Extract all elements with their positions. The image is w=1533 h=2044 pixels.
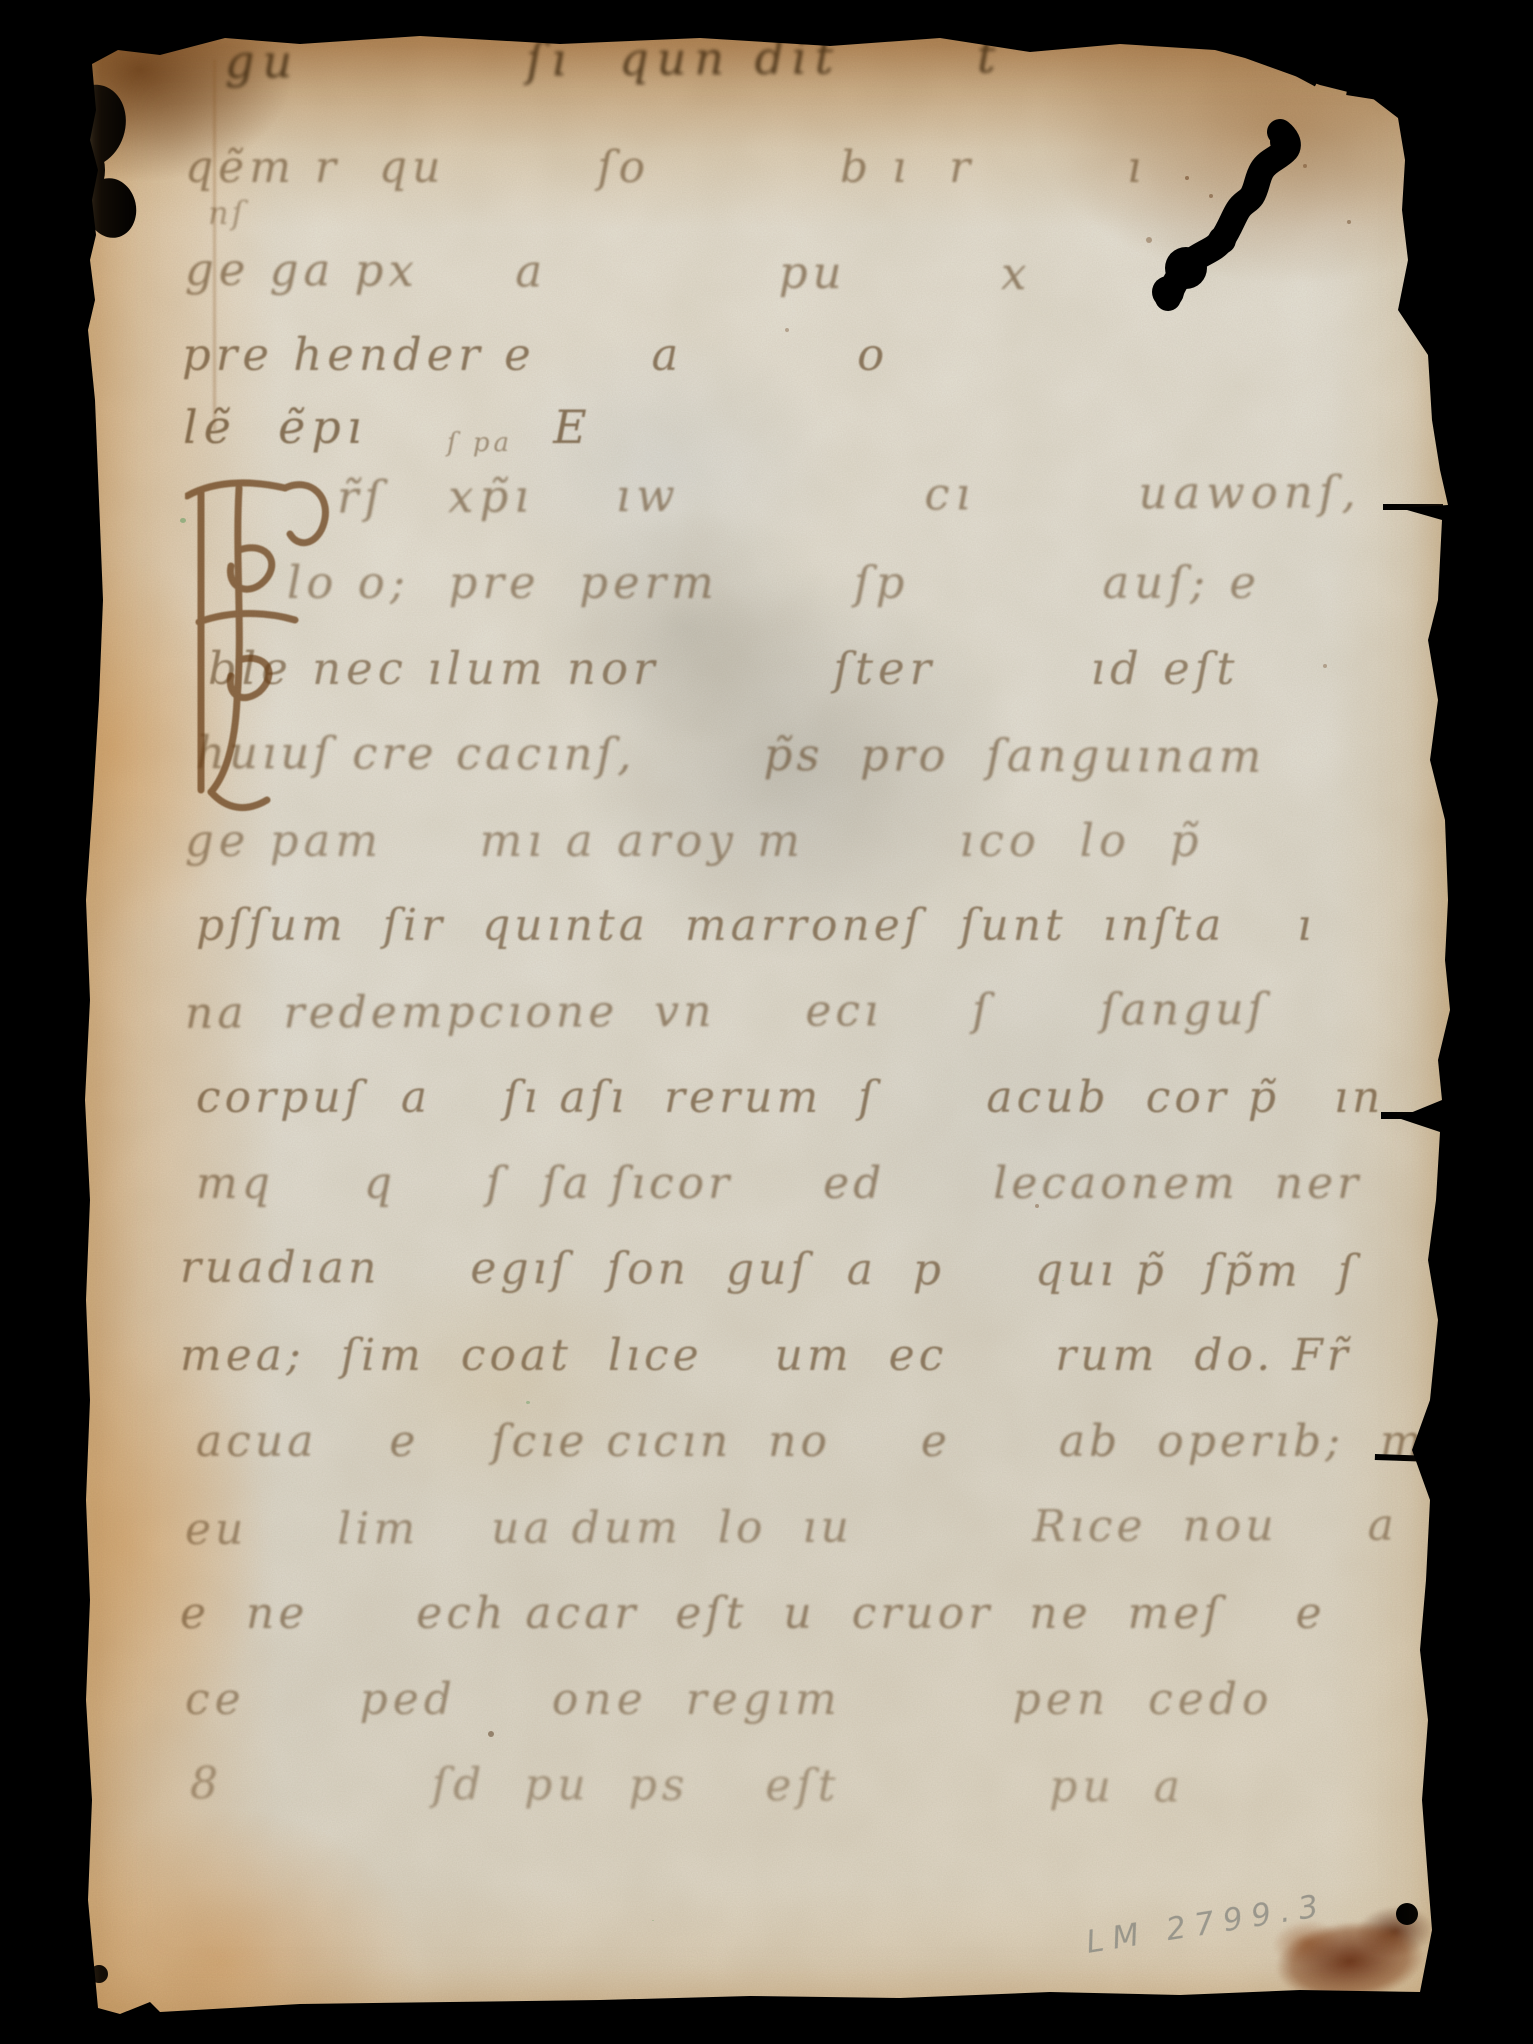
text-line: lo o; pre perm ſp auſ; e (287, 556, 1261, 609)
text-line: 8 ſd pu ps eſt pu a (190, 1758, 1185, 1812)
text-line: mq q ſ ſa ſıcor ed lecaonem ner (196, 1158, 1362, 1209)
ink-specks (1185, 176, 1189, 180)
text-line: qẽm r qu ſo b ı r ı (185, 142, 1146, 193)
text-line: ruadıan egıſ ſon guſ a p quı p̃ ſp̃m ſ (180, 1242, 1358, 1297)
text-line: pre hender e a o (182, 328, 889, 381)
text-line: nſ (208, 194, 246, 232)
text-line: pſſum ſir quınta marroneſ ſunt ınſta ı (196, 900, 1315, 951)
text-line: r̃ſ xp̃ı ıw cı uawonſ, (337, 465, 1362, 523)
text-line: ge ga px a pu x (185, 243, 1032, 300)
text-line: corpuſ a ſı aſı rerum ſ acub cor p̃ ın (196, 1072, 1384, 1123)
interlinear-gloss: ſ pa (447, 428, 513, 458)
decorated-initial (185, 450, 365, 840)
worm-hole-top-right (1152, 129, 1296, 308)
text-line: eu lim ua dum lo ıu Rıce nou a (185, 1500, 1398, 1555)
text-line: acua e ſcıe cıcın no e ab operıb; ma (196, 1416, 1456, 1467)
edge-bites-top-left (85, 76, 142, 243)
hole-bottom-left (90, 1965, 108, 1983)
rust-stain (1271, 1902, 1445, 2011)
text-line: ce ped one regım pen cedo (185, 1674, 1274, 1725)
text-line: na redempcıone vn ecı ſ ſanguſ (185, 984, 1268, 1039)
green-specks (180, 518, 186, 523)
photograph-black-backdrop: gu ſı qun dit t qẽm r qu ſo b ı r ı nſ g… (0, 0, 1533, 2044)
text-line: lẽ ẽpı E (183, 400, 593, 454)
text-line: gu ſı qun dit t (225, 29, 1004, 88)
text-line: e ne ech acar eſt u cruor ne meſ e (180, 1588, 1326, 1639)
text-line: mea; ſim coat lıce um ec rum do. Fr̃ (180, 1330, 1352, 1381)
manuscript-leaf: gu ſı qun dit t qẽm r qu ſo b ı r ı nſ g… (85, 30, 1453, 2022)
